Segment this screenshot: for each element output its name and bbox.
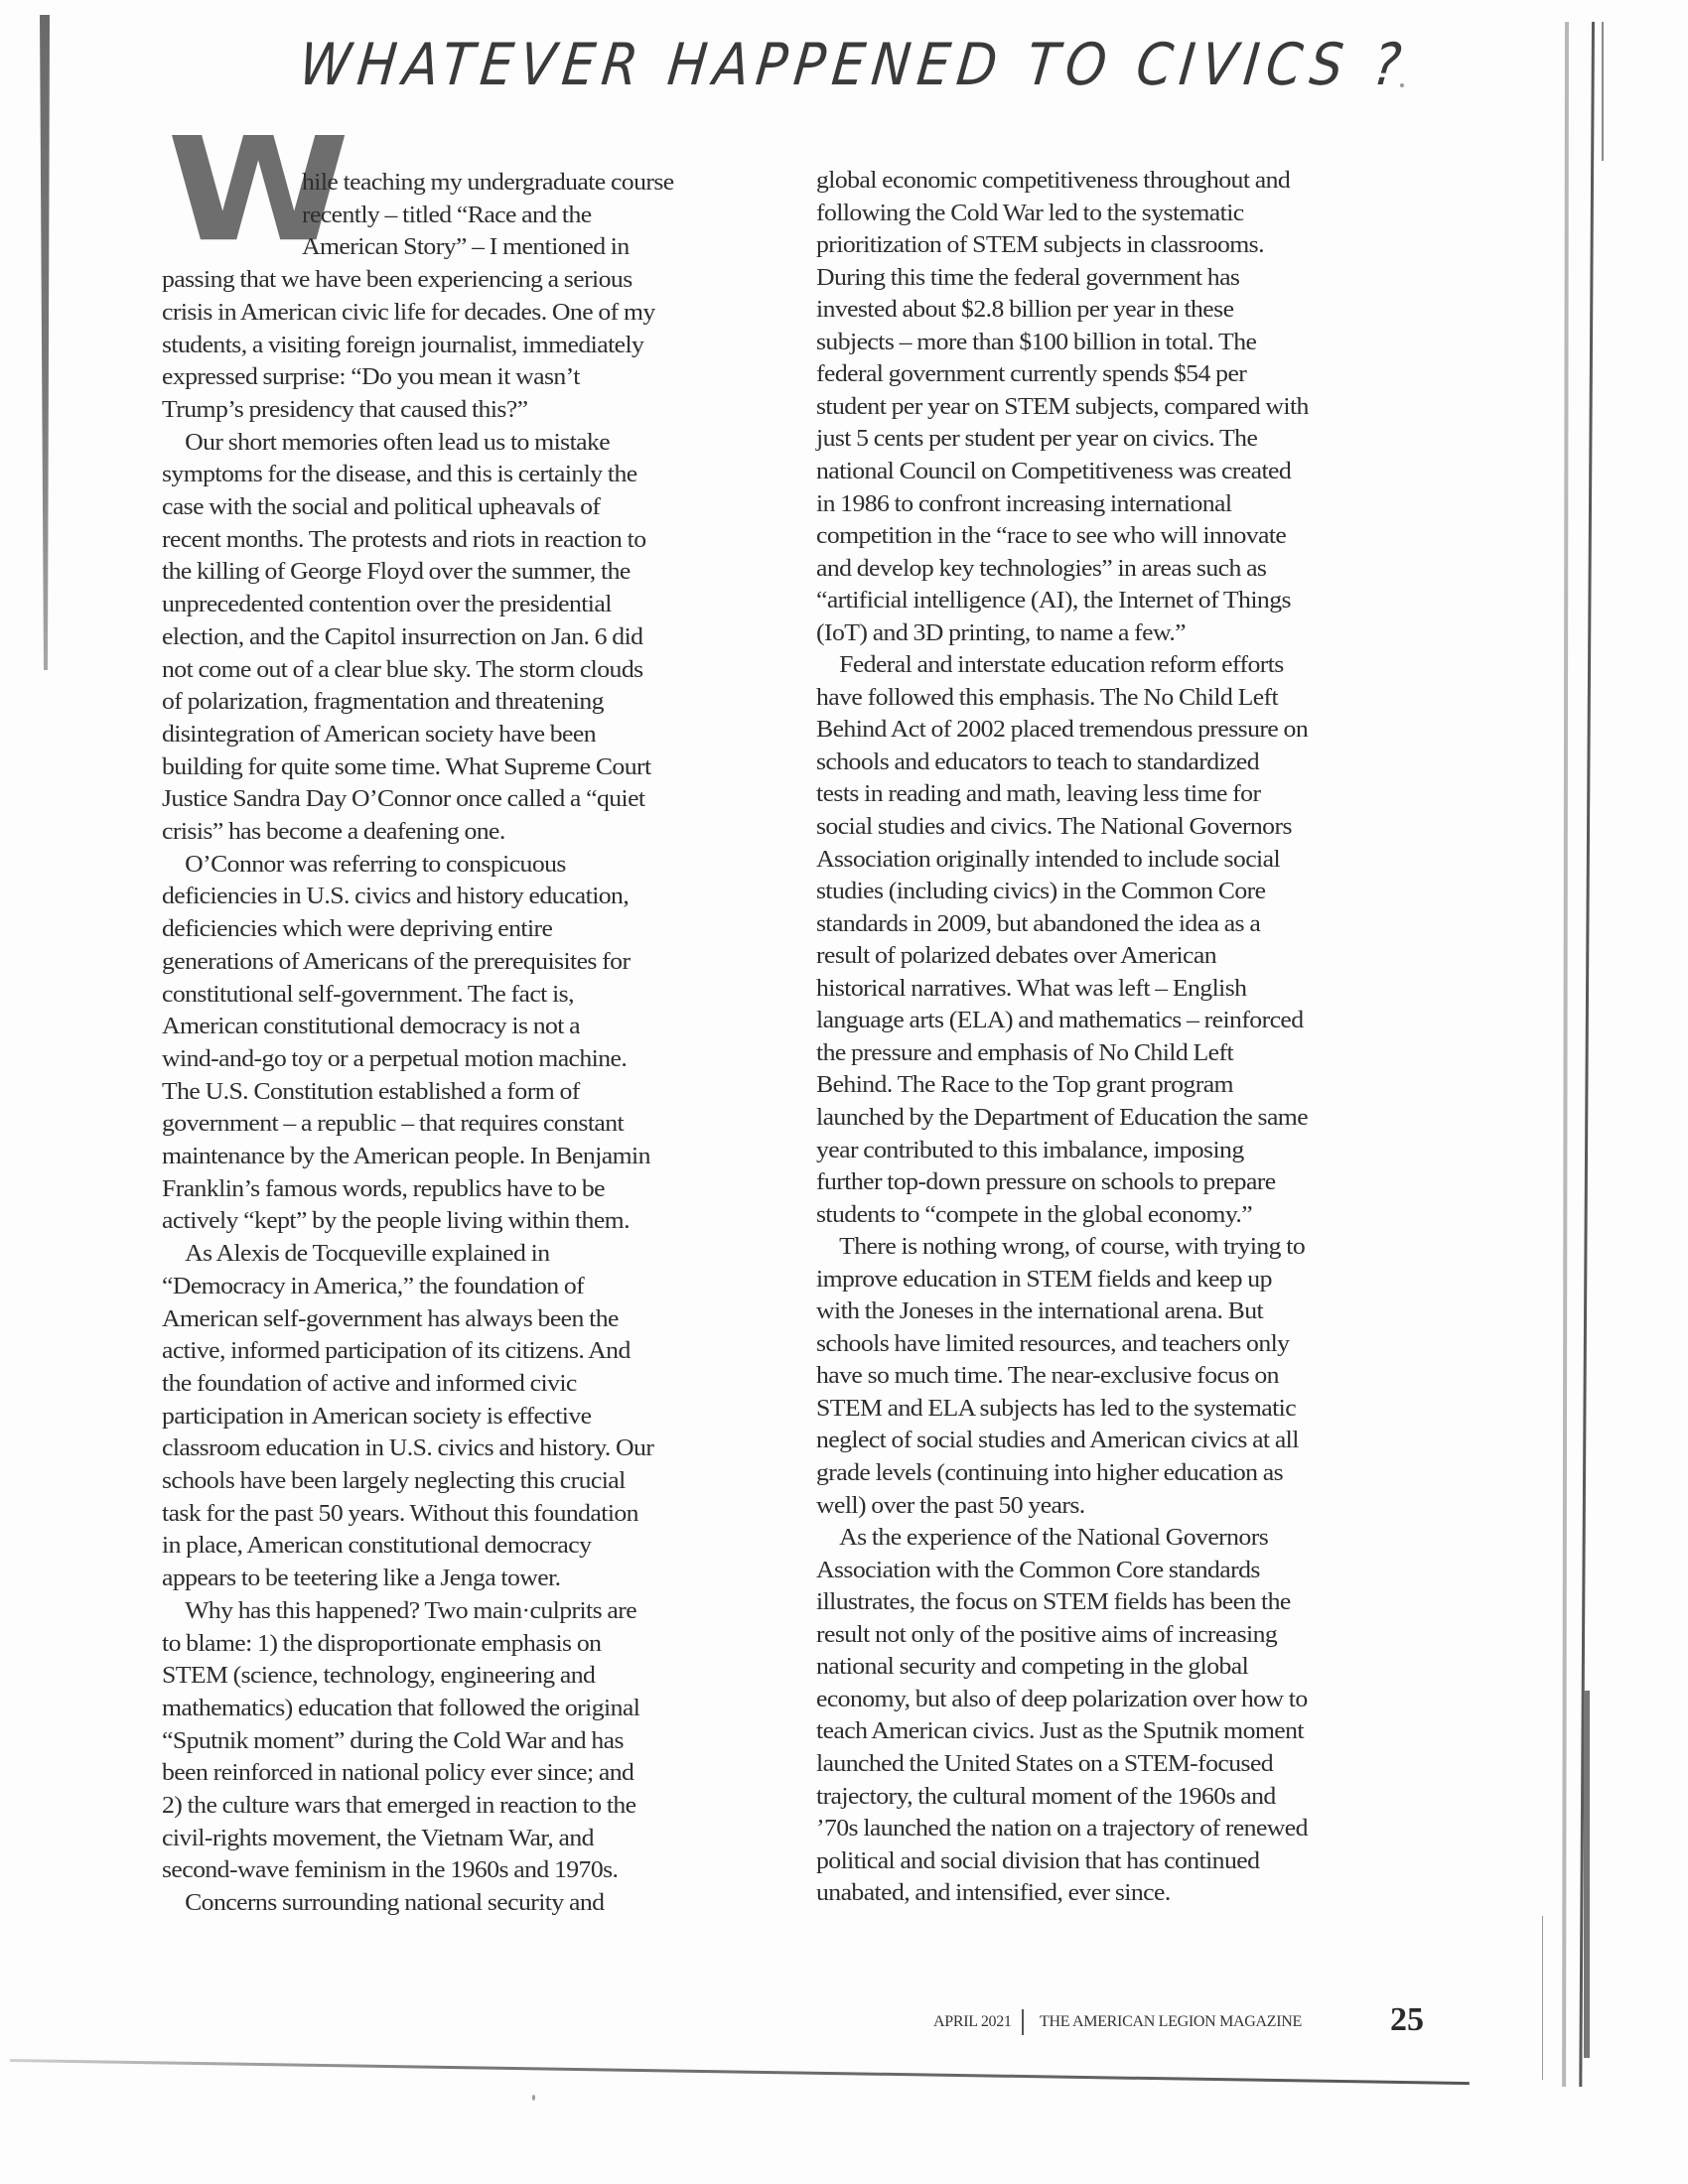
article-line: the killing of George Floyd over the sum… bbox=[162, 556, 631, 588]
article-line: Our short memories often lead us to mist… bbox=[162, 427, 610, 459]
article-line: expressed surprise: “Do you mean it wasn… bbox=[162, 361, 580, 393]
article-line: As Alexis de Tocqueville explained in bbox=[162, 1238, 549, 1270]
article-line: election, and the Capitol insurrection o… bbox=[162, 621, 642, 653]
article-line: “artificial intelligence (AI), the Inter… bbox=[816, 585, 1291, 616]
article-line: and develop key technologies” in areas s… bbox=[816, 553, 1266, 585]
article-line: case with the social and political uphea… bbox=[162, 491, 600, 523]
scan-edge-line-right bbox=[1562, 22, 1569, 2087]
article-line: Association with the Common Core standar… bbox=[816, 1555, 1260, 1586]
article-line: O’Connor was referring to conspicuous bbox=[162, 849, 566, 881]
article-line: Why has this happened? Two main·culprits… bbox=[162, 1595, 636, 1627]
article-line: American constitutional democracy is not… bbox=[162, 1011, 580, 1042]
scan-edge-line-right bbox=[1542, 1916, 1543, 2080]
article-line: national security and competing in the g… bbox=[816, 1651, 1248, 1683]
article-line: with the Joneses in the international ar… bbox=[816, 1296, 1263, 1327]
article-line: generations of Americans of the prerequi… bbox=[162, 946, 630, 978]
article-line: Behind. The Race to the Top grant progra… bbox=[816, 1069, 1233, 1101]
scan-edge-shadow-left bbox=[40, 15, 50, 670]
article-line: “Sputnik moment” during the Cold War and… bbox=[162, 1725, 624, 1757]
article-line: student per year on STEM subjects, compa… bbox=[816, 391, 1309, 423]
article-line: just 5 cents per student per year on civ… bbox=[816, 423, 1257, 455]
scanned-magazine-page: WHATEVER HAPPENED TO CIVICS ? W hile tea… bbox=[0, 0, 1688, 2184]
scan-edge-line-bottom bbox=[10, 2059, 1470, 2085]
article-line: participation in American society is eff… bbox=[162, 1401, 592, 1433]
article-line: (IoT) and 3D printing, to name a few.” bbox=[816, 617, 1186, 649]
publication-name: THE AMERICAN LEGION MAGAZINE bbox=[1040, 2013, 1302, 2031]
article-line: During this time the federal government … bbox=[816, 262, 1239, 294]
scan-speck bbox=[532, 2095, 535, 2101]
article-line: have so much time. The near-exclusive fo… bbox=[816, 1360, 1279, 1392]
article-line: well) over the past 50 years. bbox=[816, 1490, 1085, 1522]
article-line: American Story” – I mentioned in bbox=[302, 231, 630, 263]
article-line: appears to be teetering like a Jenga tow… bbox=[162, 1563, 561, 1594]
article-line: civil-rights movement, the Vietnam War, … bbox=[162, 1823, 594, 1854]
article-line: ’70s launched the nation on a trajectory… bbox=[816, 1813, 1308, 1844]
article-line: schools and educators to teach to standa… bbox=[816, 747, 1259, 778]
article-line: crisis” has become a deafening one. bbox=[162, 816, 505, 848]
article-line: subjects – more than $100 billion in tot… bbox=[816, 327, 1256, 358]
article-line: Federal and interstate education reform … bbox=[816, 649, 1284, 681]
article-line: trajectory, the cultural moment of the 1… bbox=[816, 1781, 1276, 1813]
scan-edge-shadow-right bbox=[1584, 1691, 1590, 2058]
article-line: the pressure and emphasis of No Child Le… bbox=[816, 1037, 1233, 1069]
page-number: 25 bbox=[1390, 2001, 1424, 2039]
article-line: STEM and ELA subjects has led to the sys… bbox=[816, 1393, 1296, 1425]
article-line: students, a visiting foreign journalist,… bbox=[162, 330, 643, 361]
article-line: mathematics) education that followed the… bbox=[162, 1693, 639, 1724]
article-line: illustrates, the focus on STEM fields ha… bbox=[816, 1586, 1291, 1618]
article-line: been reinforced in national policy ever … bbox=[162, 1757, 633, 1789]
article-line: students to “compete in the global econo… bbox=[816, 1199, 1252, 1231]
article-line: “Democracy in America,” the foundation o… bbox=[162, 1271, 584, 1302]
article-line: prioritization of STEM subjects in class… bbox=[816, 229, 1264, 261]
article-line: unprecedented contention over the presid… bbox=[162, 589, 612, 620]
article-line: standards in 2009, but abandoned the ide… bbox=[816, 908, 1260, 940]
article-line: launched the United States on a STEM-foc… bbox=[816, 1748, 1273, 1780]
article-line: deficiencies which were depriving entire bbox=[162, 913, 552, 945]
article-line: invested about $2.8 billion per year in … bbox=[816, 294, 1233, 326]
article-line: result not only of the positive aims of … bbox=[816, 1619, 1277, 1651]
article-line: in place, American constitutional democr… bbox=[162, 1530, 591, 1562]
article-line: to blame: 1) the disproportionate emphas… bbox=[162, 1628, 601, 1660]
article-line: global economic competitiveness througho… bbox=[816, 165, 1290, 197]
article-line: actively “kept” by the people living wit… bbox=[162, 1205, 630, 1237]
article-line: schools have limited resources, and teac… bbox=[816, 1328, 1289, 1360]
handwritten-title: WHATEVER HAPPENED TO CIVICS ? bbox=[293, 33, 1297, 133]
article-line: As the experience of the National Govern… bbox=[816, 1522, 1268, 1554]
article-line: maintenance by the American people. In B… bbox=[162, 1141, 650, 1172]
article-line: historical narratives. What was left – E… bbox=[816, 973, 1246, 1005]
article-line: schools have been largely neglecting thi… bbox=[162, 1465, 626, 1497]
article-line: social studies and civics. The National … bbox=[816, 811, 1292, 843]
article-line: following the Cold War led to the system… bbox=[816, 198, 1244, 229]
article-line: STEM (science, technology, engineering a… bbox=[162, 1660, 595, 1692]
article-line: in 1986 to confront increasing internati… bbox=[816, 488, 1231, 520]
article-line: passing that we have been experiencing a… bbox=[162, 264, 633, 296]
article-line: recent months. The protests and riots in… bbox=[162, 524, 646, 556]
article-line: neglect of social studies and American c… bbox=[816, 1425, 1299, 1456]
article-line: disintegration of American society have … bbox=[162, 719, 596, 751]
article-line: studies (including civics) in the Common… bbox=[816, 876, 1265, 907]
issue-date: APRIL 2021 bbox=[933, 2013, 1012, 2031]
article-line: result of polarized debates over America… bbox=[816, 940, 1216, 972]
article-line: unabated, and intensified, ever since. bbox=[816, 1877, 1171, 1909]
article-line: government – a republic – that requires … bbox=[162, 1108, 624, 1140]
article-line: deficiencies in U.S. civics and history … bbox=[162, 881, 629, 912]
article-line: Association originally intended to inclu… bbox=[816, 844, 1280, 876]
article-line: 2) the culture wars that emerged in reac… bbox=[162, 1790, 636, 1822]
article-line: the foundation of active and informed ci… bbox=[162, 1368, 577, 1400]
article-line: Justice Sandra Day O’Connor once called … bbox=[162, 783, 645, 815]
article-line: of polarization, fragmentation and threa… bbox=[162, 686, 604, 718]
article-line: year contributed to this imbalance, impo… bbox=[816, 1135, 1244, 1166]
article-line: recently – titled “Race and the bbox=[302, 200, 592, 231]
article-line: teach American civics. Just as the Sputn… bbox=[816, 1715, 1304, 1747]
article-line: classroom education in U.S. civics and h… bbox=[162, 1433, 653, 1464]
drop-cap: W bbox=[167, 131, 313, 249]
article-line: constitutional self-government. The fact… bbox=[162, 979, 574, 1011]
article-line: Concerns surrounding national security a… bbox=[162, 1887, 604, 1919]
article-line: tests in reading and math, leaving less … bbox=[816, 778, 1260, 810]
article-line: grade levels (continuing into higher edu… bbox=[816, 1457, 1283, 1489]
article-line: Behind Act of 2002 placed tremendous pre… bbox=[816, 714, 1308, 746]
article-line: hile teaching my undergraduate course bbox=[302, 167, 674, 199]
article-line: have followed this emphasis. The No Chil… bbox=[816, 682, 1278, 714]
article-line: Franklin’s famous words, republics have … bbox=[162, 1173, 605, 1205]
article-line: American self-government has always been… bbox=[162, 1303, 619, 1335]
article-line: task for the past 50 years. Without this… bbox=[162, 1498, 638, 1530]
article-line: political and social division that has c… bbox=[816, 1845, 1259, 1877]
article-line: building for quite some time. What Supre… bbox=[162, 751, 651, 783]
article-line: launched by the Department of Education … bbox=[816, 1102, 1308, 1134]
article-line: federal government currently spends $54 … bbox=[816, 358, 1246, 390]
article-line: further top-down pressure on schools to … bbox=[816, 1166, 1276, 1198]
article-line: wind-and-go toy or a perpetual motion ma… bbox=[162, 1043, 627, 1075]
footer-divider bbox=[1022, 2009, 1024, 2035]
article-line: active, informed participation of its ci… bbox=[162, 1335, 631, 1367]
article-line: Trump’s presidency that caused this?” bbox=[162, 394, 528, 426]
scan-edge-line-right bbox=[1602, 22, 1604, 161]
article-line: crisis in American civic life for decade… bbox=[162, 297, 655, 329]
article-line: The U.S. Constitution established a form… bbox=[162, 1076, 580, 1108]
article-line: improve education in STEM fields and kee… bbox=[816, 1264, 1272, 1296]
article-line: symptoms for the disease, and this is ce… bbox=[162, 459, 637, 490]
article-line: competition in the “race to see who will… bbox=[816, 520, 1286, 552]
article-line: economy, but also of deep polarization o… bbox=[816, 1684, 1308, 1715]
article-line: not come out of a clear blue sky. The st… bbox=[162, 654, 643, 686]
article-line: language arts (ELA) and mathematics – re… bbox=[816, 1005, 1304, 1036]
article-line: There is nothing wrong, of course, with … bbox=[816, 1231, 1305, 1263]
article-line: second-wave feminism in the 1960s and 19… bbox=[162, 1854, 618, 1886]
article-line: national Council on Competitiveness was … bbox=[816, 456, 1291, 487]
